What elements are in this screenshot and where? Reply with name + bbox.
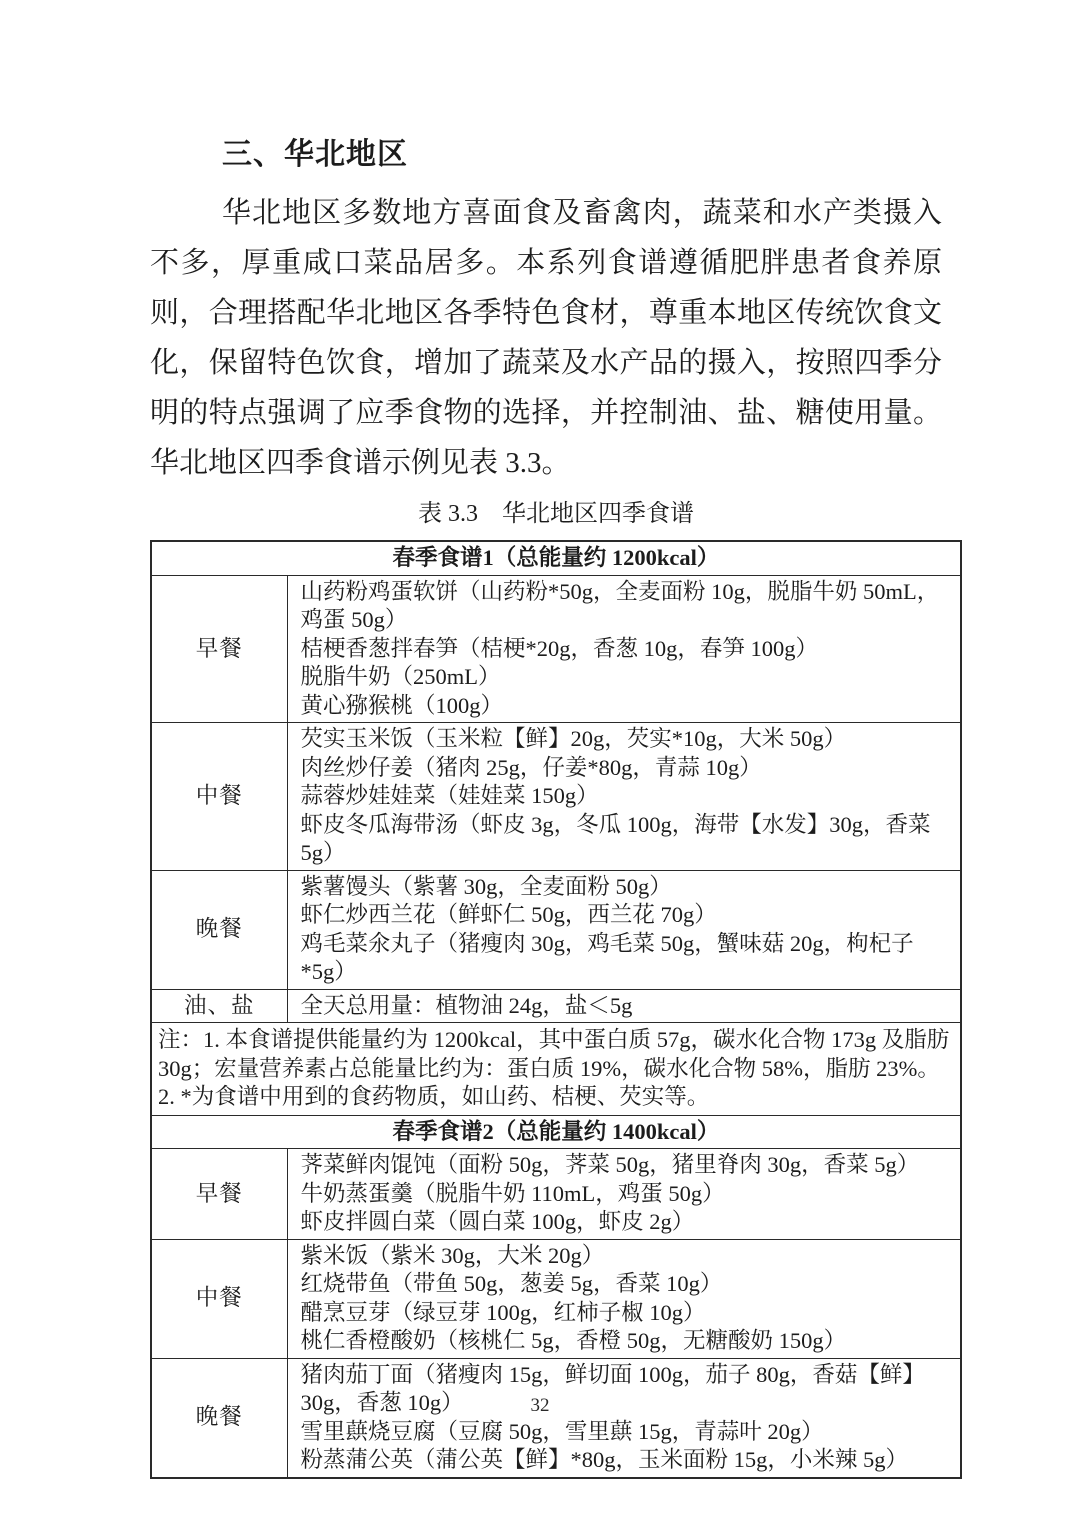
dish-item: 牛奶蒸蛋羹（脱脂牛奶 110mL，鸡蛋 50g） [301, 1180, 956, 1209]
dish-item: 红烧带鱼（带鱼 50g，葱姜 5g，香菜 10g） [301, 1270, 956, 1299]
meal-label: 中餐 [151, 1239, 287, 1358]
dish-item: 紫米饭（紫米 30g，大米 20g） [301, 1242, 956, 1271]
meal-row-lunch-1: 中餐 芡实玉米饭（玉米粒【鲜】20g，芡实*10g，大米 50g） 肉丝炒仔姜（… [151, 723, 961, 871]
meal-dishes: 紫薯馒头（紫薯 30g，全麦面粉 50g） 虾仁炒西兰花（鲜虾仁 50g，西兰花… [287, 870, 961, 989]
dish-item: 粉蒸蒲公英（蒲公英【鲜】*80g，玉米面粉 15g，小米辣 5g） [301, 1446, 956, 1475]
dish-item: 芡实玉米饭（玉米粒【鲜】20g，芡实*10g，大米 50g） [301, 725, 956, 754]
meal-dishes: 猪肉茄丁面（猪瘦肉 15g，鲜切面 100g，茄子 80g，香菇【鲜】30g，香… [287, 1358, 961, 1478]
recipe1-note-row: 注：1. 本食谱提供能量约为 1200kcal，其中蛋白质 57g，碳水化合物 … [151, 1023, 961, 1116]
note-line: 2. *为食谱中用到的食药物质，如山药、桔梗、芡实等。 [158, 1083, 955, 1112]
recipe2-header: 春季食谱2（总能量约 1400kcal） [151, 1115, 961, 1149]
document-page: 三、华北地区 华北地区多数地方喜面食及畜禽肉，蔬菜和水产类摄入不多，厚重咸口菜品… [0, 0, 1080, 1527]
dish-item: 黄心猕猴桃（100g） [301, 692, 956, 721]
meal-dishes: 紫米饭（紫米 30g，大米 20g） 红烧带鱼（带鱼 50g，葱姜 5g，香菜 … [287, 1239, 961, 1358]
dish-item: 虾皮拌圆白菜（圆白菜 100g，虾皮 2g） [301, 1208, 956, 1237]
dish-item: 虾皮冬瓜海带汤（虾皮 3g，冬瓜 100g，海带【水发】30g，香菜 5g） [301, 811, 956, 868]
dish-item: 脱脂牛奶（250mL） [301, 663, 956, 692]
meal-label: 中餐 [151, 723, 287, 871]
meal-row-dinner-2: 晚餐 猪肉茄丁面（猪瘦肉 15g，鲜切面 100g，茄子 80g，香菇【鲜】30… [151, 1358, 961, 1478]
body-paragraph: 华北地区多数地方喜面食及畜禽肉，蔬菜和水产类摄入不多，厚重咸口菜品居多。本系列食… [150, 188, 942, 488]
dish-item: 荠菜鲜肉馄饨（面粉 50g，荠菜 50g，猪里脊肉 30g，香菜 5g） [301, 1151, 956, 1180]
dish-item: 紫薯馒头（紫薯 30g，全麦面粉 50g） [301, 873, 956, 902]
meal-label: 早餐 [151, 575, 287, 723]
dish-item: 全天总用量：植物油 24g，盐＜5g [301, 992, 956, 1021]
meal-row-breakfast-1: 早餐 山药粉鸡蛋软饼（山药粉*50g，全麦面粉 10g，脱脂牛奶 50mL，鸡蛋… [151, 575, 961, 723]
dish-item: 桃仁香橙酸奶（核桃仁 5g，香橙 50g，无糖酸奶 150g） [301, 1327, 956, 1356]
page-number: 32 [0, 1395, 1080, 1417]
recipe1-note: 注：1. 本食谱提供能量约为 1200kcal，其中蛋白质 57g，碳水化合物 … [151, 1023, 961, 1116]
meal-dishes: 芡实玉米饭（玉米粒【鲜】20g，芡实*10g，大米 50g） 肉丝炒仔姜（猪肉 … [287, 723, 961, 871]
dish-item: 桔梗香葱拌春笋（桔梗*20g，香葱 10g，春笋 100g） [301, 635, 956, 664]
section-heading: 三、华北地区 [222, 136, 962, 174]
recipe1-header: 春季食谱1（总能量约 1200kcal） [151, 541, 961, 575]
dish-item: 醋烹豆芽（绿豆芽 100g，红柿子椒 10g） [301, 1299, 956, 1328]
meal-dishes: 山药粉鸡蛋软饼（山药粉*50g，全麦面粉 10g，脱脂牛奶 50mL，鸡蛋 50… [287, 575, 961, 723]
recipe1-header-row: 春季食谱1（总能量约 1200kcal） [151, 541, 961, 575]
recipe2-header-row: 春季食谱2（总能量约 1400kcal） [151, 1115, 961, 1149]
dish-item: 鸡毛菜氽丸子（猪瘦肉 30g，鸡毛菜 50g，蟹味菇 20g，枸杞子*5g） [301, 930, 956, 987]
dish-item: 山药粉鸡蛋软饼（山药粉*50g，全麦面粉 10g，脱脂牛奶 50mL，鸡蛋 50… [301, 578, 956, 635]
meal-row-dinner-1: 晚餐 紫薯馒头（紫薯 30g，全麦面粉 50g） 虾仁炒西兰花（鲜虾仁 50g，… [151, 870, 961, 989]
table-caption: 表 3.3 华北地区四季食谱 [150, 498, 962, 530]
meal-label: 油、盐 [151, 989, 287, 1023]
meal-row-lunch-2: 中餐 紫米饭（紫米 30g，大米 20g） 红烧带鱼（带鱼 50g，葱姜 5g，… [151, 1239, 961, 1358]
meal-label: 晚餐 [151, 870, 287, 989]
recipe-table: 春季食谱1（总能量约 1200kcal） 早餐 山药粉鸡蛋软饼（山药粉*50g，… [150, 540, 962, 1479]
meal-row-oil-salt-1: 油、盐 全天总用量：植物油 24g，盐＜5g [151, 989, 961, 1023]
dish-item: 蒜蓉炒娃娃菜（娃娃菜 150g） [301, 782, 956, 811]
dish-item: 虾仁炒西兰花（鲜虾仁 50g，西兰花 70g） [301, 901, 956, 930]
dish-item: 肉丝炒仔姜（猪肉 25g，仔姜*80g，青蒜 10g） [301, 754, 956, 783]
note-line: 注：1. 本食谱提供能量约为 1200kcal，其中蛋白质 57g，碳水化合物 … [158, 1026, 955, 1083]
content-area: 三、华北地区 华北地区多数地方喜面食及畜禽肉，蔬菜和水产类摄入不多，厚重咸口菜品… [150, 136, 962, 1479]
dish-item: 雪里蕻烧豆腐（豆腐 50g，雪里蕻 15g，青蒜叶 20g） [301, 1418, 956, 1447]
meal-dishes: 荠菜鲜肉馄饨（面粉 50g，荠菜 50g，猪里脊肉 30g，香菜 5g） 牛奶蒸… [287, 1149, 961, 1240]
meal-label: 早餐 [151, 1149, 287, 1240]
meal-dishes: 全天总用量：植物油 24g，盐＜5g [287, 989, 961, 1023]
meal-row-breakfast-2: 早餐 荠菜鲜肉馄饨（面粉 50g，荠菜 50g，猪里脊肉 30g，香菜 5g） … [151, 1149, 961, 1240]
meal-label: 晚餐 [151, 1358, 287, 1478]
